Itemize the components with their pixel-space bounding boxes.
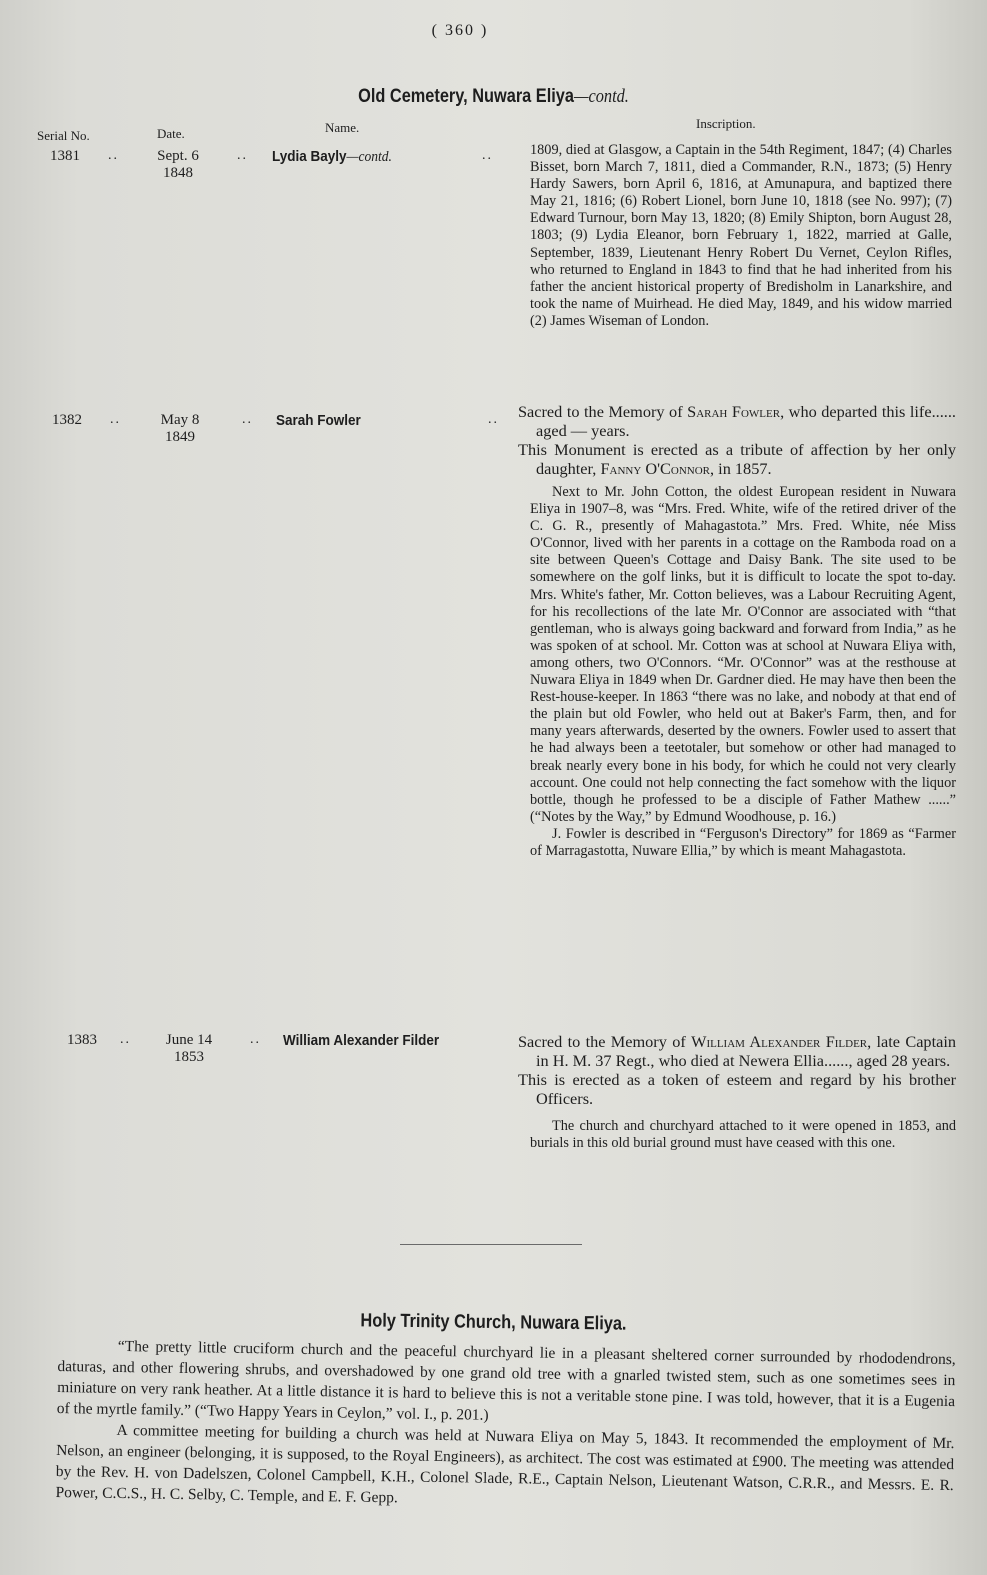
- date-year: 1853: [156, 1049, 222, 1066]
- column-header-inscription: Inscription.: [696, 116, 756, 132]
- section-title-suffix: —contd.: [574, 86, 629, 107]
- serial-number: 1382: [52, 412, 82, 429]
- inscription-line: Sacred to the Memory of Sarah Fowler, wh…: [518, 402, 956, 440]
- leader-dots: ..: [237, 148, 248, 164]
- leader-dots: ..: [120, 1032, 131, 1048]
- leader-dots: ..: [110, 412, 121, 428]
- name-suffix: —contd.: [347, 149, 392, 165]
- quoted-paragraph: “The pretty little cruciform church and …: [57, 1335, 956, 1433]
- serial-number: 1381: [50, 148, 80, 165]
- entry-date: May 8 1849: [147, 412, 213, 446]
- section-title-text: Old Cemetery, Nuwara Eliya: [358, 86, 574, 107]
- entry-date: June 14 1853: [156, 1032, 222, 1066]
- section-title-old-cemetery: Old Cemetery, Nuwara Eliya—contd.: [69, 86, 918, 108]
- name-text: Lydia Bayly: [272, 148, 347, 165]
- editorial-note: The church and churchyard attached to it…: [530, 1118, 956, 1152]
- section-title-holy-trinity: Holy Trinity Church, Nuwara Eliya.: [69, 1307, 918, 1339]
- serial-number: 1383: [67, 1032, 97, 1049]
- inscription-block: Sacred to the Memory of William Alexande…: [518, 1032, 956, 1152]
- inscription-line: This Monument is erected as a tribute of…: [518, 440, 956, 478]
- leader-dots: ..: [242, 412, 253, 428]
- date-day: Sept. 6: [145, 148, 211, 165]
- date-day: June 14: [156, 1032, 222, 1049]
- inscription-text: 1809, died at Glasgow, a Captain in the …: [530, 142, 952, 330]
- church-history-text: “The pretty little cruciform church and …: [55, 1335, 956, 1517]
- leader-dots: ..: [482, 148, 493, 164]
- inscription-block: Sacred to the Memory of Sarah Fowler, wh…: [518, 402, 956, 860]
- leader-dots: ..: [488, 412, 499, 428]
- date-year: 1848: [145, 165, 211, 182]
- column-header-date: Date.: [157, 126, 185, 142]
- editorial-note: J. Fowler is described in “Ferguson's Di…: [530, 826, 956, 860]
- column-header-serial: Serial No.: [37, 128, 90, 144]
- entry-name: Lydia Bayly—contd.: [272, 148, 392, 166]
- date-day: May 8: [147, 412, 213, 429]
- editorial-note: Next to Mr. John Cotton, the oldest Euro…: [530, 484, 956, 826]
- inscription-line: Sacred to the Memory of William Alexande…: [518, 1032, 956, 1070]
- entry-name: Sarah Fowler: [276, 412, 361, 429]
- inscription-line: This is erected as a token of esteem and…: [518, 1070, 956, 1108]
- leader-dots: ..: [250, 1032, 261, 1048]
- leader-dots: ..: [108, 148, 119, 164]
- entry-date: Sept. 6 1848: [145, 148, 211, 182]
- committee-paragraph: A committee meeting for building a churc…: [55, 1419, 954, 1517]
- date-year: 1849: [147, 429, 213, 446]
- entry-name: William Alexander Filder: [283, 1032, 439, 1049]
- section-divider: [400, 1244, 582, 1245]
- page-number: ( 360 ): [0, 22, 920, 40]
- column-header-name: Name.: [325, 120, 359, 136]
